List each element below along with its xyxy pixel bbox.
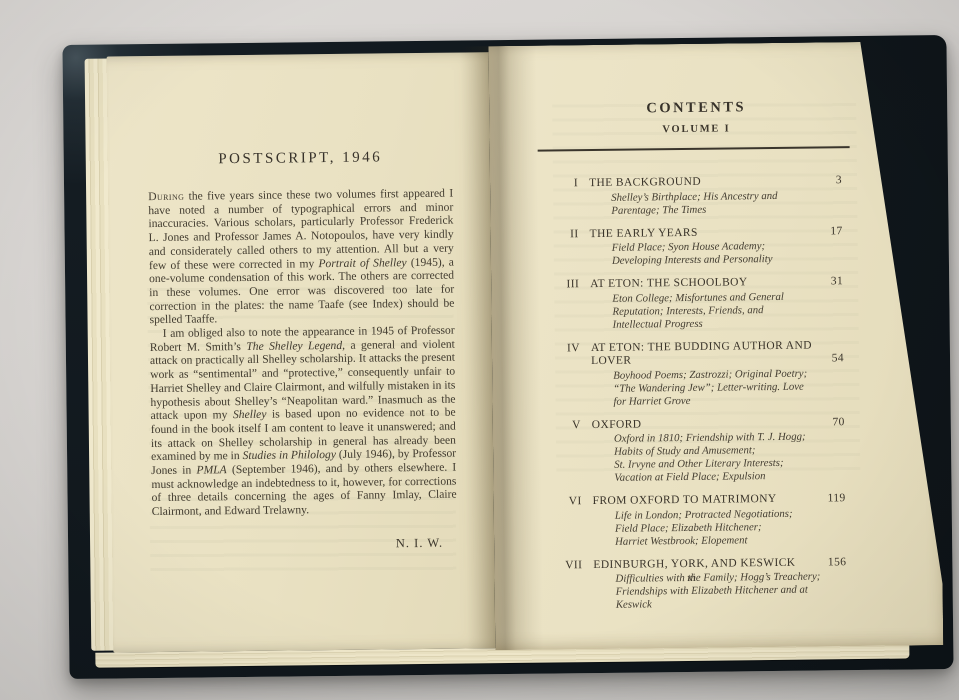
chapter-page-number: 54 (832, 352, 844, 366)
contents-list: ITHE BACKGROUND3Shelley’s Birthplace; Hi… (552, 174, 847, 612)
chapter-numeral: V (555, 419, 581, 433)
contents-entry: VIFROM OXFORD TO MATRIMONY119Life in Lon… (556, 492, 847, 549)
chapter-description-line: Intellectual Progress (613, 316, 844, 332)
postscript-paragraph: During the five years since these two vo… (148, 187, 455, 327)
postscript-title: POSTSCRIPT, 1946 (148, 149, 453, 169)
chapter-description-line: Keswick (616, 596, 847, 612)
chapter-page-number: 156 (828, 556, 847, 570)
contents-entry-head: IVAT ETON: THE BUDDING AUTHOR ANDLOVER54 (554, 339, 844, 369)
chapter-page-number: 17 (830, 225, 842, 239)
contents-rule (538, 146, 850, 152)
chapter-numeral: VII (556, 559, 582, 573)
chapter-page-number: 70 (832, 416, 844, 430)
chapter-description-line: Developing Interests and Personality (612, 252, 843, 268)
postscript-section: POSTSCRIPT, 1946 During the five years s… (107, 52, 496, 652)
chapter-title: AT ETON: THE BUDDING AUTHOR ANDLOVER (591, 339, 824, 369)
chapter-title: THE BACKGROUND (589, 174, 828, 190)
contents-entry: VOXFORD70Oxford in 1810; Friendship with… (555, 416, 846, 486)
contents-title: CONTENTS (551, 98, 841, 118)
contents-entry: IITHE EARLY YEARS17Field Place; Syon Hou… (553, 225, 843, 269)
contents-entry: IVAT ETON: THE BUDDING AUTHOR ANDLOVER54… (554, 339, 845, 409)
chapter-numeral: VI (556, 495, 582, 509)
contents-entry: ITHE BACKGROUND3Shelley’s Birthplace; Hi… (552, 174, 842, 218)
chapter-title: FROM OXFORD TO MATRIMONY (593, 492, 820, 508)
chapter-description: Eton College; Misfortunes and GeneralRep… (612, 290, 843, 332)
left-page: POSTSCRIPT, 1946 During the five years s… (107, 52, 496, 652)
chapter-numeral: IV (554, 342, 580, 356)
chapter-numeral: I (552, 177, 578, 191)
open-book: POSTSCRIPT, 1946 During the five years s… (62, 35, 953, 679)
chapter-description: Life in London; Protracted Negotiations;… (615, 507, 846, 549)
chapter-description-line: Harriet Westbrook; Elopement (615, 533, 846, 549)
chapter-title: AT ETON: THE SCHOOLBOY (590, 275, 823, 291)
chapter-title: THE EARLY YEARS (590, 225, 823, 241)
chapter-numeral: II (553, 228, 579, 242)
chapter-title: EDINBURGH, YORK, AND KESWICK (593, 556, 820, 572)
postscript-paragraph: I am obliged also to note the appearance… (150, 324, 457, 519)
chapter-title: OXFORD (592, 416, 825, 432)
author-initials: N. I. W. (152, 535, 457, 553)
chapter-page-number: 31 (831, 275, 843, 289)
contents-entry: IIIAT ETON: THE SCHOOLBOY31Eton College;… (553, 275, 844, 332)
chapter-description-line: for Harriet Grove (613, 393, 844, 409)
chapter-description-line: Parentage; The Times (611, 202, 842, 218)
chapter-description: Oxford in 1810; Friendship with T. J. Ho… (614, 430, 846, 485)
chapter-description-line: Vacation at Field Place; Expulsion (614, 469, 845, 485)
postscript-body: During the five years since these two vo… (148, 187, 457, 519)
volume-label: VOLUME I (551, 122, 841, 136)
chapter-page-number: 3 (836, 174, 842, 188)
chapter-description: Boyhood Poems; Zastrozzi; Original Poetr… (613, 367, 844, 409)
chapter-page-number: 119 (828, 492, 846, 506)
chapter-description: Shelley’s Birthplace; His Ancestry andPa… (611, 189, 842, 218)
chapter-numeral: III (553, 278, 579, 292)
chapter-description: Field Place; Syon House Academy;Developi… (612, 239, 843, 268)
